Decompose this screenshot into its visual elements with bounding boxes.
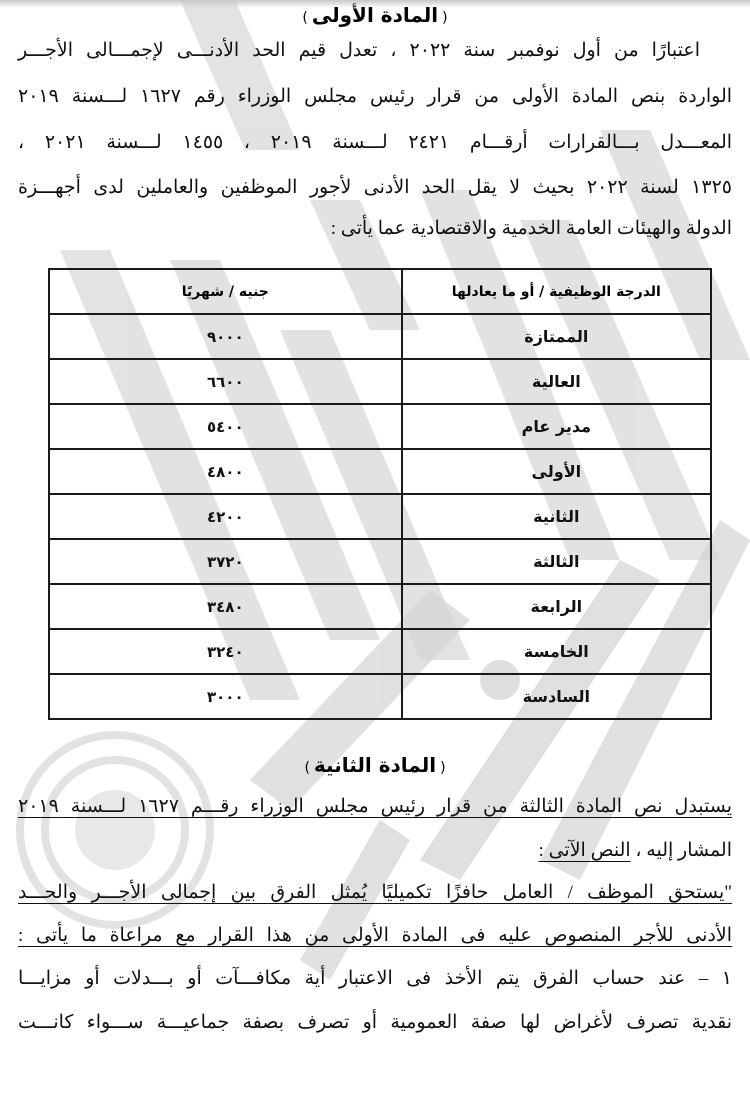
grade-cell: الممتازة xyxy=(402,314,711,359)
article-two-title: (المادة الثانية) xyxy=(0,752,750,781)
scan-top-shadow xyxy=(0,0,750,8)
document-page: (المادة الأولى) اعتبارًا من أول نوفمبر س… xyxy=(0,0,750,1094)
header-grade: الدرجة الوظيفية / أو ما يعادلها xyxy=(402,269,711,314)
amount-cell: ٤٢٠٠ xyxy=(49,494,402,539)
paren-open: ( xyxy=(442,10,447,26)
article-one-line-5: الدولة والهيئات العامة الخدمية والاقتصاد… xyxy=(18,216,732,242)
article-two-title-text: المادة الثانية xyxy=(314,753,436,777)
grade-cell: مدير عام xyxy=(402,404,711,449)
table-row: الممتازة ٩٠٠٠ xyxy=(49,314,711,359)
paren-open: ( xyxy=(440,760,445,776)
amount-cell: ٩٠٠٠ xyxy=(49,314,402,359)
amount-cell: ٤٨٠٠ xyxy=(49,449,402,494)
grade-cell: الخامسة xyxy=(402,629,711,674)
article-two-line-2: المشار إليه ، النص الآتى : xyxy=(18,838,732,864)
amount-cell: ٣٤٨٠ xyxy=(49,584,402,629)
line-2-underlined: النص الآتى : xyxy=(539,840,631,861)
amount-cell: ٥٤٠٠ xyxy=(49,404,402,449)
grade-cell: العالية xyxy=(402,359,711,404)
grade-cell: السادسة xyxy=(402,674,711,719)
table-row: السادسة ٣٠٠٠ xyxy=(49,674,711,719)
table-row: العالية ٦٦٠٠ xyxy=(49,359,711,404)
table-row: الثانية ٤٢٠٠ xyxy=(49,494,711,539)
grade-cell: الثالثة xyxy=(402,539,711,584)
article-two-line-4: الأدنى للأجر المنصوص عليه فى المادة الأو… xyxy=(18,923,732,949)
amount-cell: ٣٧٢٠ xyxy=(49,539,402,584)
table-row: الخامسة ٣٢٤٠ xyxy=(49,629,711,674)
paren-close: ) xyxy=(304,760,309,776)
article-two-line-6: نقدية تصرف لأغراض لها صفة العمومية أو تص… xyxy=(18,1010,732,1036)
grade-cell: الأولى xyxy=(402,449,711,494)
grade-cell: الرابعة xyxy=(402,584,711,629)
article-one-line-4: ١٣٢٥ لسنة ٢٠٢٢ بحيث لا يقل الحد الأدنى ل… xyxy=(18,175,732,201)
article-one-line-1: اعتبارًا من أول نوفمبر سنة ٢٠٢٢ ، تعدل ق… xyxy=(18,38,700,64)
table-row: الرابعة ٣٤٨٠ xyxy=(49,584,711,629)
article-one-line-2: الواردة بنص المادة الأولى من قرار رئيس م… xyxy=(18,84,732,110)
amount-cell: ٦٦٠٠ xyxy=(49,359,402,404)
grade-cell: الثانية xyxy=(402,494,711,539)
table-header-row: الدرجة الوظيفية / أو ما يعادلها جنيه / ش… xyxy=(49,269,711,314)
article-two-line-1: يستبدل نص المادة الثالثة من قرار رئيس مج… xyxy=(18,794,732,820)
table-row: مدير عام ٥٤٠٠ xyxy=(49,404,711,449)
article-two-line-3: "يستحق الموظف / العامل حافزًا تكميليًا ي… xyxy=(18,880,732,906)
header-amount: جنيه / شهريًا xyxy=(49,269,402,314)
paren-close: ) xyxy=(302,10,307,26)
table-row: الأولى ٤٨٠٠ xyxy=(49,449,711,494)
article-two-line-5: ١ – عند حساب الفرق يتم الأخذ فى الاعتبار… xyxy=(18,966,732,992)
article-one-line-3: المعـــدل بـــالقرارات أرقـــام ٢٤٢١ لــ… xyxy=(18,130,732,156)
amount-cell: ٣٠٠٠ xyxy=(49,674,402,719)
minimum-wage-table: الدرجة الوظيفية / أو ما يعادلها جنيه / ش… xyxy=(48,268,712,720)
table-row: الثالثة ٣٧٢٠ xyxy=(49,539,711,584)
amount-cell: ٣٢٤٠ xyxy=(49,629,402,674)
line-2-prefix: المشار إليه ، xyxy=(631,840,732,861)
